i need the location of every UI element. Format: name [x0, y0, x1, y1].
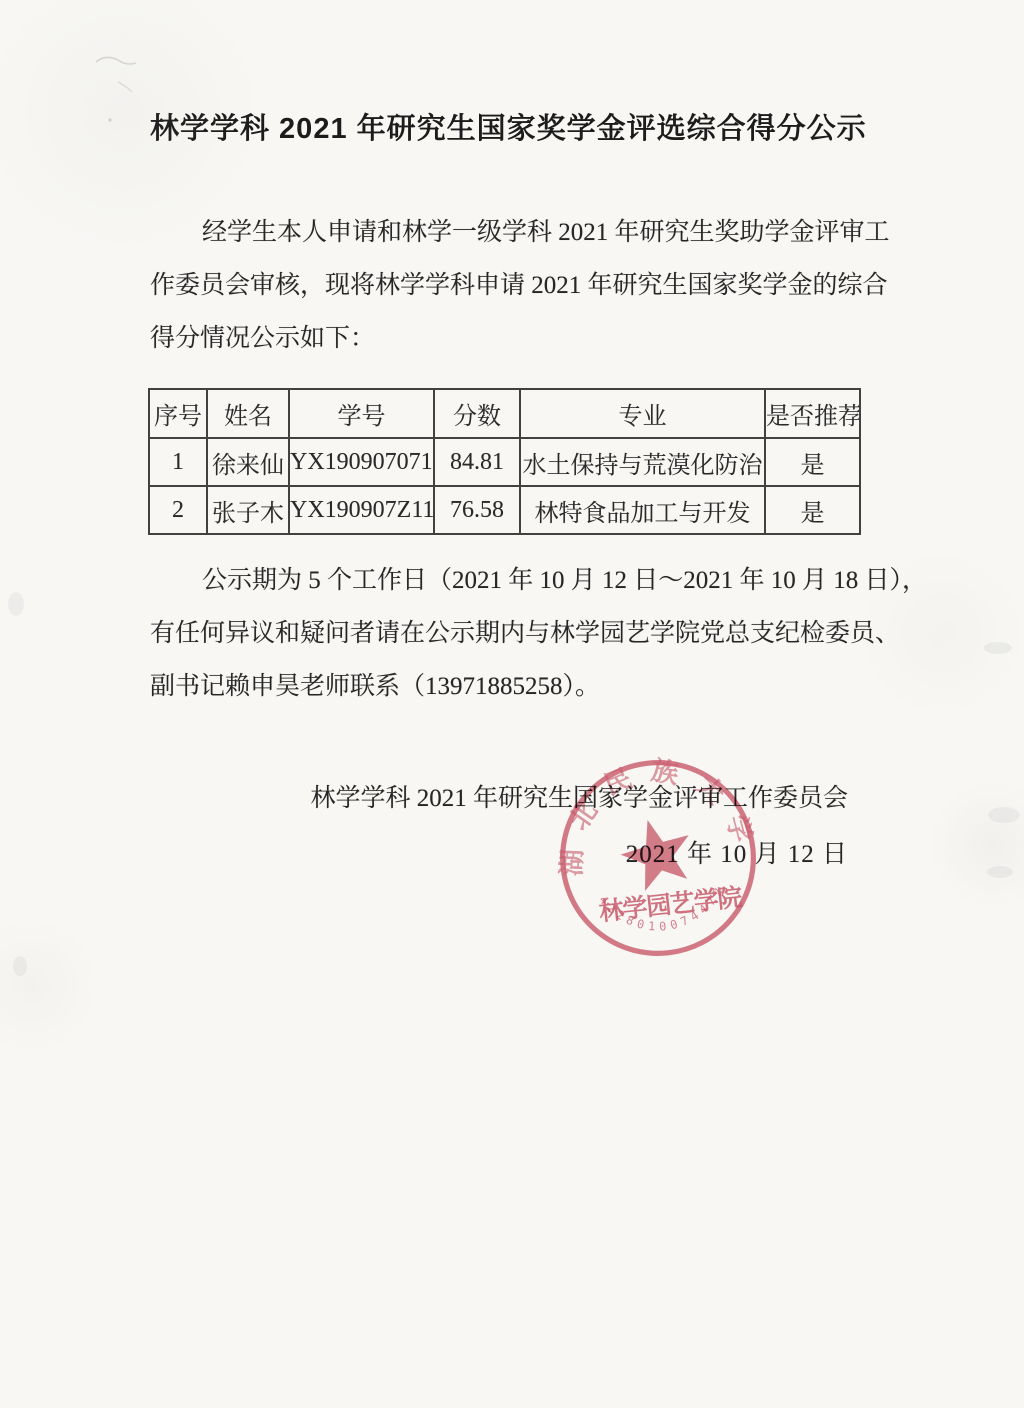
table-row: 1 徐来仙 YX19090707126 84.81 水土保持与荒漠化防治 是: [149, 438, 860, 486]
intro-line: 作委员会审核，现将林学学科申请 2021 年研究生国家奖学金的综合: [150, 259, 864, 312]
intro-line: 得分情况公示如下：: [150, 312, 864, 365]
cell-major: 林特食品加工与开发: [520, 486, 765, 534]
header-cell-recommended: 是否推荐: [765, 389, 860, 438]
document-title: 林学学科 2021 年研究生国家奖学金评选综合得分公示: [150, 106, 860, 147]
cell-index: 1: [149, 438, 207, 486]
cell-name: 张子木: [207, 486, 289, 534]
notice-line: 副书记赖申昊老师联系（13971885258）。: [150, 660, 864, 713]
official-stamp: 湖北民族大学 林学园艺学院 4228010074472: [544, 744, 772, 972]
cell-major: 水土保持与荒漠化防治: [520, 438, 765, 486]
cell-student-id: YX190907Z1132: [289, 486, 434, 534]
cell-score: 76.58: [434, 486, 520, 534]
notice-paragraph: 公示期为 5 个工作日（2021 年 10 月 12 日～2021 年 10 月…: [150, 554, 864, 713]
table-row: 2 张子木 YX190907Z1132 76.58 林特食品加工与开发 是: [149, 486, 860, 534]
cell-student-id: YX19090707126: [289, 438, 434, 486]
header-cell-name: 姓名: [207, 389, 289, 438]
notice-line: 公示期为 5 个工作日（2021 年 10 月 12 日～2021 年 10 月…: [150, 554, 864, 607]
scanned-document-page: 林学学科 2021 年研究生国家奖学金评选综合得分公示 经学生本人申请和林学一级…: [0, 0, 1024, 1408]
header-cell-score: 分数: [434, 389, 520, 438]
score-table: 序号 姓名 学号 分数 专业 是否推荐 1 徐来仙 YX19090707126 …: [148, 388, 861, 535]
header-cell-index: 序号: [149, 389, 207, 438]
intro-line: 经学生本人申请和林学一级学科 2021 年研究生奖助学金评审工: [150, 206, 864, 259]
cell-recommended: 是: [765, 438, 860, 486]
notice-line: 有任何异议和疑问者请在公示期内与林学园艺学院党总支纪检委员、: [150, 607, 864, 660]
table-header-row: 序号 姓名 学号 分数 专业 是否推荐: [149, 389, 860, 438]
stamp-star-icon: [617, 816, 694, 893]
cell-recommended: 是: [765, 486, 860, 534]
header-cell-major: 专业: [520, 389, 765, 438]
cell-index: 2: [149, 486, 207, 534]
intro-paragraph: 经学生本人申请和林学一级学科 2021 年研究生奖助学金评审工 作委员会审核，现…: [150, 206, 864, 365]
cell-score: 84.81: [434, 438, 520, 486]
cell-name: 徐来仙: [207, 438, 289, 486]
header-cell-student-id: 学号: [289, 389, 434, 438]
